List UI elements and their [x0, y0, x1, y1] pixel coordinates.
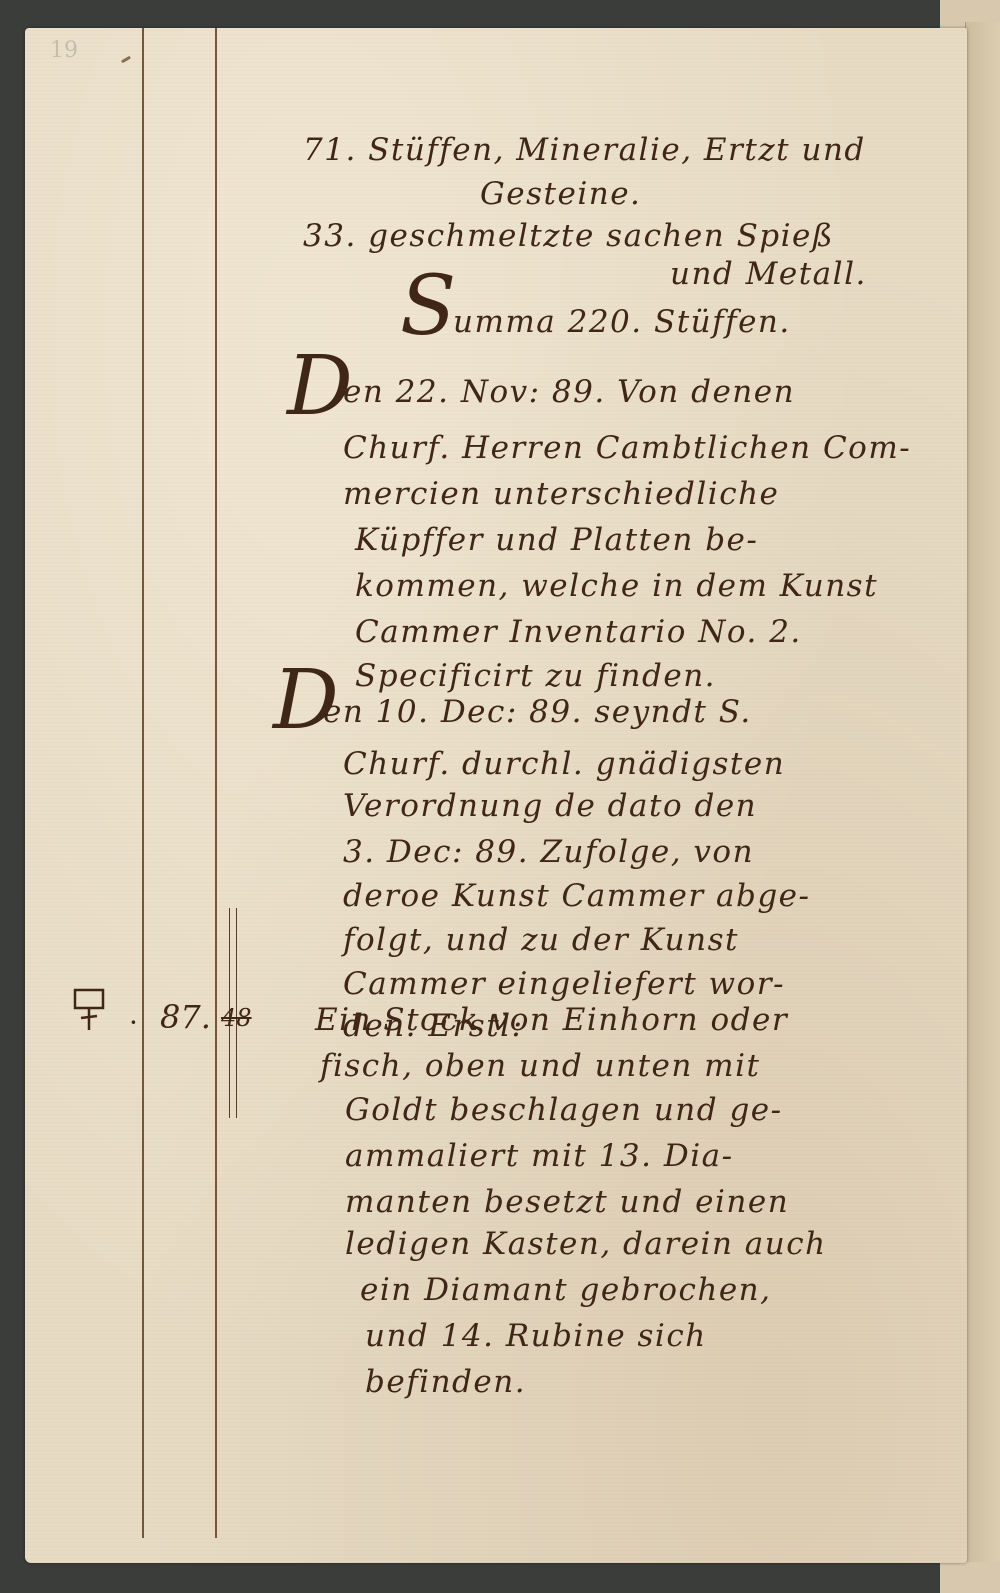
text-line: Churf. Herren Cambtlichen Com-	[343, 430, 911, 466]
text-line: umma 220. Stüffen.	[453, 304, 791, 340]
text-line: Gesteine.	[480, 176, 641, 212]
ink-stroke-mark	[121, 56, 131, 64]
entry-text-line: befinden.	[365, 1364, 526, 1400]
text-line: folgt, und zu der Kunst	[343, 922, 739, 958]
text-line: und Metall.	[670, 256, 867, 292]
text-line: Verordnung de dato den	[343, 788, 757, 824]
text-line: Cammer eingeliefert wor-	[343, 966, 785, 1002]
margin-rule-right	[215, 28, 217, 1538]
text-line: mercien unterschiedliche	[343, 476, 779, 512]
text-line: Küpffer und Platten be-	[355, 522, 758, 558]
entry-text-line: fisch, oben und unten mit	[320, 1048, 760, 1084]
margin-rule-left	[142, 28, 144, 1538]
struck-entry-number: 48	[221, 1004, 252, 1032]
text-line: Cammer Inventario No. 2.	[355, 614, 802, 650]
manuscript-page: 19 71. Stüffen, Mineralie, Ertzt und Ges…	[25, 28, 967, 1563]
entry-text-line: manten besetzt und einen	[345, 1184, 789, 1220]
entry-text-line: Goldt beschlagen und ge-	[345, 1092, 783, 1128]
text-line: en 10. Dec: 89. seyndt S.	[323, 694, 752, 730]
text-line: deroe Kunst Cammer abge-	[343, 878, 811, 914]
entry-text-line: und 14. Rubine sich	[365, 1318, 707, 1354]
text-line: 71. Stüffen, Mineralie, Ertzt und	[303, 132, 866, 168]
entry-number: 87.	[160, 998, 211, 1036]
next-leaf-edge	[965, 22, 1000, 1562]
text-line: Churf. durchl. gnädigsten	[343, 746, 785, 782]
text-line: 33. geschmeltzte sachen Spieß	[303, 218, 834, 254]
corner-page-mark: 19	[50, 38, 78, 63]
text-line: 3. Dec: 89. Zufolge, von	[343, 834, 754, 870]
text-line: en 22. Nov: 89. Von denen	[343, 374, 795, 410]
text-line: kommen, welche in dem Kunst	[355, 568, 878, 604]
entry-text-line: ein Diamant gebrochen,	[360, 1272, 772, 1308]
entry-text-line: ammaliert mit 13. Dia-	[345, 1138, 734, 1174]
jewel-sign-icon	[73, 988, 105, 1036]
entry-text-line: Ein Stock von Einhorn oder	[315, 1002, 788, 1038]
decorative-initial: S	[400, 266, 456, 348]
entry-text-line: ledigen Kasten, darein auch	[345, 1226, 827, 1262]
text-line: Specificirt zu finden.	[355, 658, 716, 694]
margin-dot: ·	[129, 1006, 138, 1039]
